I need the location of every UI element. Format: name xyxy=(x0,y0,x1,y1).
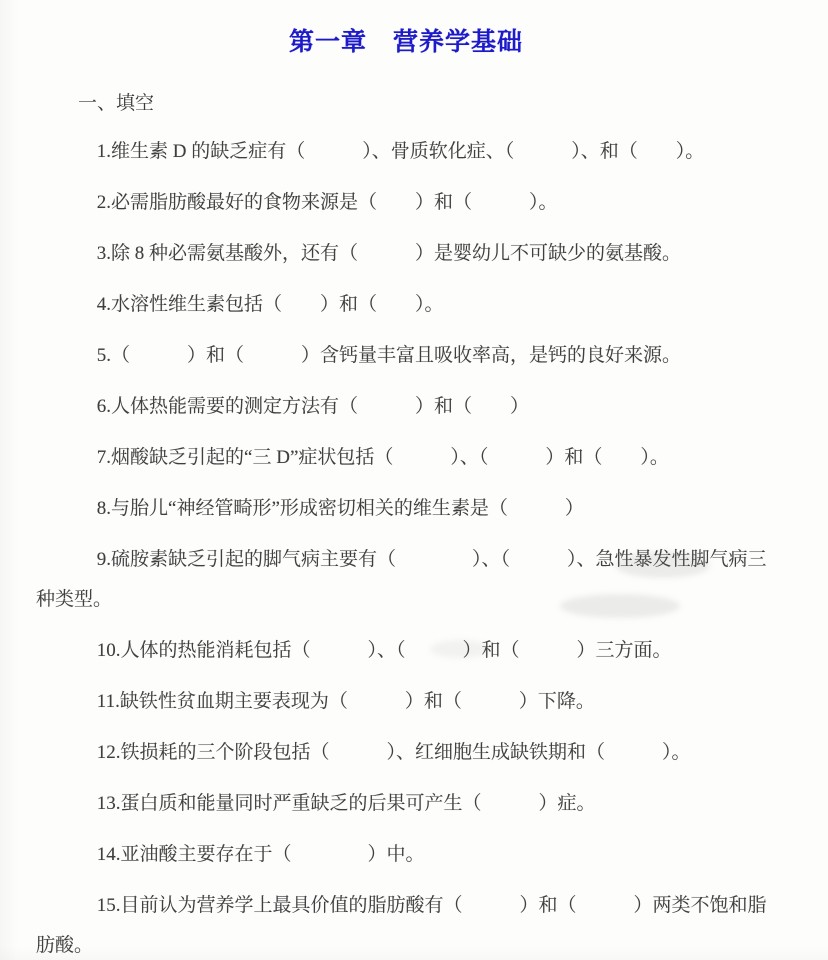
question-1: 1.维生素 D 的缺乏症有（ ）、骨质软化症、（ ）、和（ ）。 xyxy=(36,132,776,172)
question-2: 2.必需脂肪酸最好的食物来源是（ ）和（ ）。 xyxy=(36,183,776,223)
question-7: 7.烟酸缺乏引起的“三 D”症状包括（ ）、（ ）和（ ）。 xyxy=(36,438,776,478)
question-3: 3.除 8 种必需氨基酸外，还有（ ）是婴幼儿不可缺少的氨基酸。 xyxy=(36,234,776,274)
question-5: 5.（ ）和（ ）含钙量丰富且吸收率高，是钙的良好来源。 xyxy=(36,336,776,376)
scanned-document-page: 第一章 营养学基础 一、填空 1.维生素 D 的缺乏症有（ ）、骨质软化症、（ … xyxy=(0,0,828,960)
question-13: 13.蛋白质和能量同时严重缺乏的后果可产生（ ）症。 xyxy=(36,784,776,824)
question-14: 14.亚油酸主要存在于（ ）中。 xyxy=(36,835,776,875)
question-8: 8.与胎儿“神经管畸形”形成密切相关的维生素是（ ） xyxy=(36,489,776,529)
question-list: 1.维生素 D 的缺乏症有（ ）、骨质软化症、（ ）、和（ ）。 2.必需脂肪酸… xyxy=(36,132,776,960)
question-11: 11.缺铁性贫血期主要表现为（ ）和（ ）下降。 xyxy=(36,682,776,722)
question-10: 10.人体的热能消耗包括（ ）、（ ）和（ ）三方面。 xyxy=(36,631,776,671)
question-9: 9.硫胺素缺乏引起的脚气病主要有（ ）、（ ）、急性暴发性脚气病三种类型。 xyxy=(36,540,776,620)
question-15: 15.目前认为营养学上最具价值的脂肪酸有（ ）和（ ）两类不饱和脂肪酸。 xyxy=(36,886,776,960)
section-header-fill-in-blanks: 一、填空 xyxy=(78,84,776,124)
question-12: 12.铁损耗的三个阶段包括（ ）、红细胞生成缺铁期和（ ）。 xyxy=(36,733,776,773)
question-6: 6.人体热能需要的测定方法有（ ）和（ ） xyxy=(36,387,776,427)
question-4: 4.水溶性维生素包括（ ）和（ ）。 xyxy=(36,285,776,325)
page-title: 第一章 营养学基础 xyxy=(36,28,776,58)
